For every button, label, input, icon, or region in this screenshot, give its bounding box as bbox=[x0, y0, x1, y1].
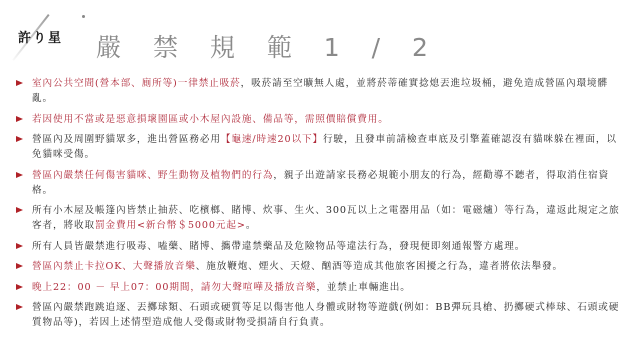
triangle-bullet-icon bbox=[16, 243, 23, 249]
rule-text: 所有人員皆嚴禁進行吸毒、嗑藥、賭博、攜帶違禁藥品及危險物品等違法行為，發現便即刻… bbox=[32, 241, 525, 252]
rule-text-red: 營區內嚴禁任何傷害貓咪、野生動物及植物們的行為 bbox=[32, 170, 273, 181]
triangle-bullet-icon bbox=[16, 116, 23, 122]
rule-text-red: 罰金費用<新台幣＄5000元起> bbox=[95, 220, 246, 231]
triangle-bullet-icon bbox=[16, 304, 23, 310]
rule-item: 所有人員皆嚴禁進行吸毒、嗑藥、賭博、攜帶違禁藥品及危險物品等違法行為，發現便即刻… bbox=[14, 239, 626, 254]
triangle-bullet-icon bbox=[16, 172, 23, 178]
rule-item: 若因使用不當或是惡意損壞園區或小木屋內設施、備品等，需照價賠償費用。 bbox=[14, 112, 626, 127]
rule-text: 。 bbox=[246, 220, 257, 231]
rule-text-red: 營區內禁止卡拉OK、大聲播放音樂 bbox=[32, 261, 196, 272]
rule-text: 、施放鞭炮、煙火、天燈、酗酒等造成其他旅客困擾之行為，違者將依法舉發。 bbox=[196, 261, 563, 272]
rule-item: 營區內禁止卡拉OK、大聲播放音樂、施放鞭炮、煙火、天燈、酗酒等造成其他旅客困擾之… bbox=[14, 259, 626, 274]
rule-item: 營區內嚴禁任何傷害貓咪、野生動物及植物們的行為，親子出遊請家長務必規範小朋友的行… bbox=[14, 168, 626, 198]
logo: 許り星 bbox=[18, 27, 63, 46]
rule-text-red: 請勿大聲喧嘩及播放音樂 bbox=[201, 282, 316, 293]
rule-item: 晚上22：00 － 早上07：00期間，請勿大聲喧嘩及播放音樂，並禁止車輛進出。 bbox=[14, 280, 626, 295]
triangle-bullet-icon bbox=[16, 136, 23, 142]
page-title: 嚴 禁 規 範 1 / 2 bbox=[96, 28, 440, 64]
logo-divider-dot bbox=[82, 15, 85, 18]
triangle-bullet-icon bbox=[16, 207, 23, 213]
rule-item: 室內公共空間(營本部、廁所等)一律禁止吸菸，吸菸請至空曠無人處，並將菸蒂確實捻熄… bbox=[14, 76, 626, 106]
rule-item: 營區內及周圍野貓眾多，進出營區務必用【龜速/時速20以下】行駛，且發車前請檢查車… bbox=[14, 132, 626, 162]
triangle-bullet-icon bbox=[16, 80, 23, 86]
rule-item: 營區內嚴禁跑跳追逐、丟擲球類、石頭或硬質等足以傷害他人身體或財物等遊戲(例如：B… bbox=[14, 300, 626, 330]
rule-text: 營區內及周圍野貓眾多，進出營區務必用 bbox=[32, 134, 221, 145]
rule-text: ，並禁止車輛進出。 bbox=[316, 282, 410, 293]
rule-item: 所有小木屋及帳篷內皆禁止抽菸、吃檳榔、賭博、炊事、生火、300瓦以上之電器用品（… bbox=[14, 203, 626, 233]
triangle-bullet-icon bbox=[16, 284, 23, 290]
triangle-bullet-icon bbox=[16, 263, 23, 269]
rule-text-red: 室內公共空間(營本部、廁所等)一律禁止吸菸 bbox=[32, 78, 241, 89]
rule-text-red: 若因使用不當或是惡意損壞園區或小木屋內設施、備品等，需照價賠償費用。 bbox=[32, 114, 389, 125]
rules-list: 室內公共空間(營本部、廁所等)一律禁止吸菸，吸菸請至空曠無人處，並將菸蒂確實捻熄… bbox=[14, 76, 626, 336]
rule-text-red: 【龜速/時速20以下】 bbox=[221, 134, 323, 145]
rule-text: 營區內嚴禁跑跳追逐、丟擲球類、石頭或硬質等足以傷害他人身體或財物等遊戲(例如：B… bbox=[32, 302, 619, 328]
rule-text-red: 晚上22：00 － 早上07：00期間， bbox=[32, 282, 201, 293]
